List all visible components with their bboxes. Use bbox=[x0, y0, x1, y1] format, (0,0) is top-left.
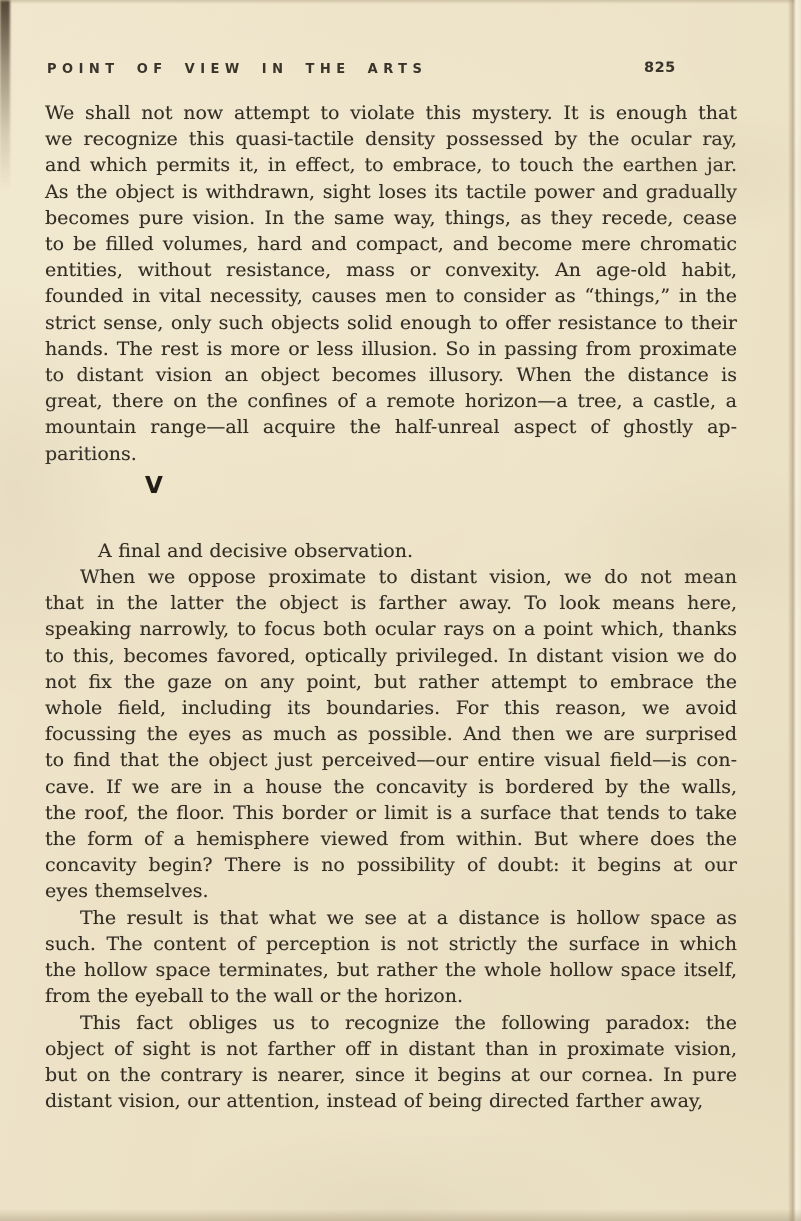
text-line: distant vision, our attention, instead o… bbox=[45, 1088, 737, 1114]
text-line: great, there on the confines of a remote… bbox=[45, 388, 737, 414]
text-line: to distant vision an object becomes illu… bbox=[45, 362, 737, 388]
text-line: we recognize this quasi-tactile density … bbox=[45, 126, 737, 152]
text-line: As the object is withdrawn, sight loses … bbox=[45, 179, 737, 205]
text-line: concavity begin? There is no possibility… bbox=[45, 852, 737, 878]
text-line: the hollow space terminates, but rather … bbox=[45, 957, 737, 983]
text-line: entities, without resistance, mass or co… bbox=[45, 257, 737, 283]
text-line: eyes themselves. bbox=[45, 878, 737, 904]
text-line: the form of a hemisphere viewed from wit… bbox=[45, 826, 737, 852]
paragraph-when-we-oppose: When we oppose proximate to distant visi… bbox=[45, 564, 737, 905]
text-line: When we oppose proximate to distant visi… bbox=[45, 564, 737, 590]
text-line: and which permits it, in effect, to embr… bbox=[45, 152, 737, 178]
text-line: not fix the gaze on any point, but rathe… bbox=[45, 669, 737, 695]
text-line: The result is that what we see at a dist… bbox=[45, 905, 737, 931]
paragraph-this-fact: This fact obliges us to recognize the fo… bbox=[45, 1010, 737, 1115]
paragraph-the-result: The result is that what we see at a dist… bbox=[45, 905, 737, 1010]
book-page: POINT OF VIEW IN THE ARTS 825 We shall n… bbox=[0, 0, 801, 1221]
text-line: hands. The rest is more or less illusion… bbox=[45, 336, 737, 362]
text-line: strict sense, only such objects solid en… bbox=[45, 310, 737, 336]
text-line: speaking narrowly, to focus both ocular … bbox=[45, 616, 737, 642]
body-text: We shall not now attempt to violate this… bbox=[45, 100, 737, 1114]
text-line: becomes pure vision. In the same way, th… bbox=[45, 205, 737, 231]
observation-line: A final and decisive observation. bbox=[45, 538, 737, 564]
text-line: but on the contrary is nearer, since it … bbox=[45, 1062, 737, 1088]
text-line: whole field, including its boundaries. F… bbox=[45, 695, 737, 721]
text-line: object of sight is not farther off in di… bbox=[45, 1036, 737, 1062]
page-bottom-edge bbox=[0, 1209, 801, 1221]
section-heading: V bbox=[145, 474, 737, 498]
text-line: paritions. bbox=[45, 441, 737, 467]
text-line: This fact obliges us to recognize the fo… bbox=[45, 1010, 737, 1036]
text-line: mountain range—all acquire the half-unre… bbox=[45, 414, 737, 440]
page-header: POINT OF VIEW IN THE ARTS 825 bbox=[0, 0, 801, 77]
paragraph-continuation: We shall not now attempt to violate this… bbox=[45, 100, 737, 467]
text-line: the roof, the floor. This border or limi… bbox=[45, 800, 737, 826]
text-line: to this, becomes favored, optically priv… bbox=[45, 643, 737, 669]
text-line: to be filled volumes, hard and compact, … bbox=[45, 231, 737, 257]
page-right-edge bbox=[788, 0, 801, 1221]
text-line: that in the latter the object is farther… bbox=[45, 590, 737, 616]
page-number: 825 bbox=[644, 60, 676, 76]
text-line: cave. If we are in a house the concavity… bbox=[45, 774, 737, 800]
text-line: such. The content of perception is not s… bbox=[45, 931, 737, 957]
running-title: POINT OF VIEW IN THE ARTS bbox=[47, 62, 427, 77]
text-line: founded in vital necessity, causes men t… bbox=[45, 283, 737, 309]
text-line: focussing the eyes as much as possible. … bbox=[45, 721, 737, 747]
text-line: to find that the object just perceived—o… bbox=[45, 747, 737, 773]
text-line: from the eyeball to the wall or the hori… bbox=[45, 983, 737, 1009]
text-line: We shall not now attempt to violate this… bbox=[45, 100, 737, 126]
